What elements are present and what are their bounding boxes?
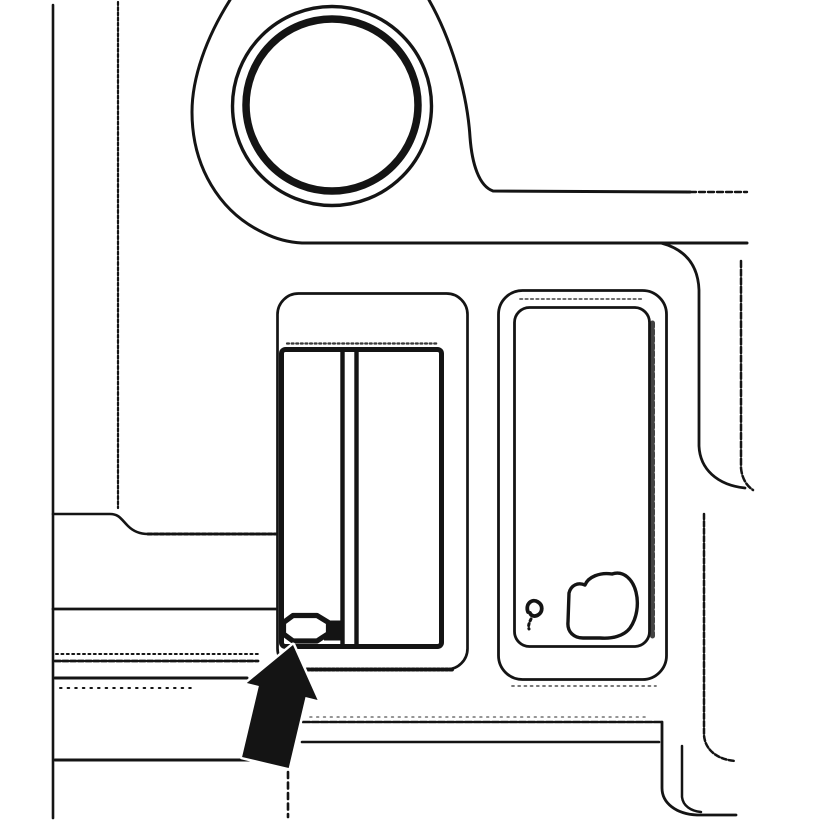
trim-panel-diagram bbox=[0, 0, 822, 835]
blob-detail bbox=[568, 573, 637, 638]
fastener-clip bbox=[284, 616, 329, 642]
illustration-canvas bbox=[0, 0, 822, 835]
